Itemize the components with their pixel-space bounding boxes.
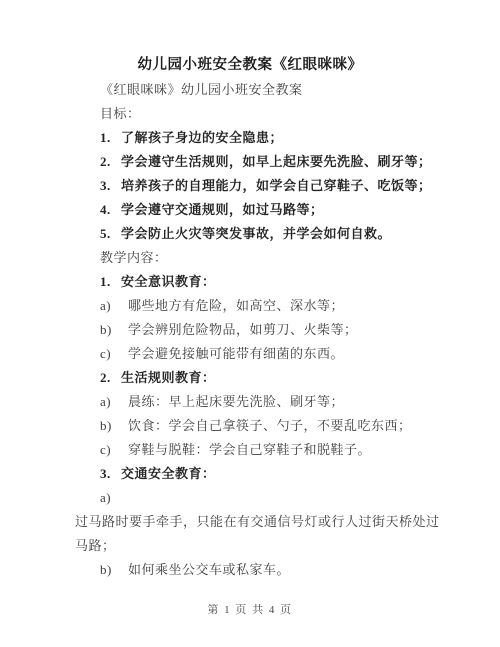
- list-item: c)穿鞋与脱鞋：学会自己穿鞋子和脱鞋子。: [75, 438, 430, 462]
- section-title: 生活规则教育：: [121, 370, 216, 385]
- item-text: 学会避免接触可能带有细菌的东西。: [128, 346, 344, 361]
- item-text: 学会辨别危险物品，如剪刀、火柴等；: [128, 322, 358, 337]
- item-text: 晨练：早上起床要先洗脸、刷牙等；: [128, 394, 344, 409]
- section-heading-safety-awareness: 1.安全意识教育：: [75, 270, 430, 294]
- goal-number: 2.: [100, 150, 121, 174]
- section-number: 2.: [100, 366, 121, 390]
- item-letter: b): [100, 414, 128, 438]
- document-subtitle: 《红眼咪咪》幼儿园小班安全教案: [75, 78, 430, 102]
- goal-text: 培养孩子的自理能力，如学会自己穿鞋子、吃饭等；: [121, 178, 432, 193]
- section-title: 交通安全教育：: [121, 466, 216, 481]
- item-letter: a): [100, 390, 128, 414]
- section-number: 3.: [100, 462, 121, 486]
- list-item: c)学会避免接触可能带有细菌的东西。: [75, 342, 430, 366]
- list-item: a)晨练：早上起床要先洗脸、刷牙等；: [75, 390, 430, 414]
- goal-item: 1.了解孩子身边的安全隐患；: [75, 126, 430, 150]
- section-number: 1.: [100, 270, 121, 294]
- item-text: 饮食：学会自己拿筷子、勺子，不要乱吃东西；: [128, 418, 412, 433]
- goal-number: 5.: [100, 222, 121, 246]
- item-letter: a): [100, 294, 128, 318]
- item-text: 穿鞋与脱鞋：学会自己穿鞋子和脱鞋子。: [128, 442, 371, 457]
- goal-text: 学会遵守生活规则，如早上起床要先洗脸、刷牙等；: [121, 154, 432, 169]
- item-letter: c): [100, 342, 128, 366]
- section-heading-traffic-safety: 3.交通安全教育：: [75, 462, 430, 486]
- goal-text: 学会防止火灾等突发事故，并学会如何自救。: [121, 226, 391, 241]
- goal-item: 5.学会防止火灾等突发事故，并学会如何自救。: [75, 222, 430, 246]
- item-letter: a): [100, 486, 128, 510]
- goal-number: 3.: [100, 174, 121, 198]
- item-text: 如何乘坐公交车或私家车。: [128, 562, 290, 577]
- list-item: b)如何乘坐公交车或私家车。: [75, 558, 430, 582]
- list-item: b)饮食：学会自己拿筷子、勺子，不要乱吃东西；: [75, 414, 430, 438]
- list-item: a)哪些地方有危险，如高空、深水等；: [75, 294, 430, 318]
- section-heading-life-rules: 2.生活规则教育：: [75, 366, 430, 390]
- goal-item: 4.学会遵守交通规则，如过马路等；: [75, 198, 430, 222]
- item-text: 哪些地方有危险，如高空、深水等；: [128, 298, 344, 313]
- crossing-road-paragraph: 过马路时要手牵手，只能在有交通信号灯或行人过街天桥处过马路；: [75, 510, 442, 558]
- page-number-footer: 第 1 页 共 4 页: [0, 601, 500, 617]
- item-letter: b): [100, 318, 128, 342]
- list-item: b)学会辨别危险物品，如剪刀、火柴等；: [75, 318, 430, 342]
- list-item: a): [75, 486, 430, 510]
- goal-number: 1.: [100, 126, 121, 150]
- goal-number: 4.: [100, 198, 121, 222]
- content-label: 教学内容：: [75, 246, 430, 270]
- document-title: 幼儿园小班安全教案《红眼咪咪》: [0, 52, 500, 78]
- item-letter: c): [100, 438, 128, 462]
- section-title: 安全意识教育：: [121, 274, 216, 289]
- goal-text: 了解孩子身边的安全隐患；: [121, 130, 283, 145]
- goals-label: 目标：: [75, 102, 430, 126]
- document-page: 幼儿园小班安全教案《红眼咪咪》 《红眼咪咪》幼儿园小班安全教案 目标： 1.了解…: [0, 0, 500, 647]
- goal-item: 3.培养孩子的自理能力，如学会自己穿鞋子、吃饭等；: [75, 174, 430, 198]
- goal-item: 2.学会遵守生活规则，如早上起床要先洗脸、刷牙等；: [75, 150, 430, 174]
- goal-text: 学会遵守交通规则，如过马路等；: [121, 202, 324, 217]
- item-letter: b): [100, 558, 128, 582]
